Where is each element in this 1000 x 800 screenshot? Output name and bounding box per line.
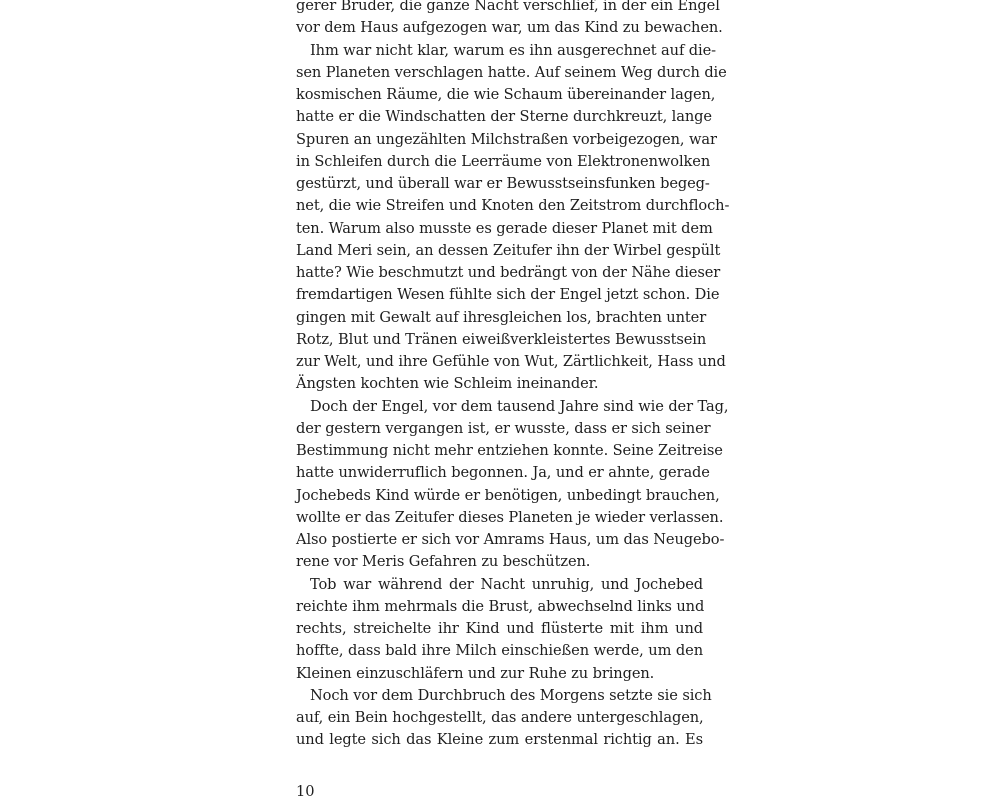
text-line: sen Planeten verschlagen hatte. Auf sein…: [296, 62, 703, 84]
book-page: gerer Bruder, die ganze Nacht verschlief…: [0, 0, 1000, 800]
text-line: der gestern vergangen ist, er wusste, da…: [296, 418, 703, 440]
text-line: kosmischen Räume, die wie Schaum überein…: [296, 84, 703, 106]
text-line: rechts, streichelte ihr Kind und flüster…: [296, 618, 703, 640]
text-line: hoffte, dass bald ihre Milch einschießen…: [296, 640, 703, 662]
text-line: gestürzt, und überall war er Bewusstsein…: [296, 173, 703, 195]
text-line: vor dem Haus aufgezogen war, um das Kind…: [296, 17, 703, 39]
text-line: Ihm war nicht klar, warum es ihn ausgere…: [296, 40, 703, 62]
text-line: fremdartigen Wesen fühlte sich der Engel…: [296, 284, 703, 306]
text-line: Spuren an ungezählten Milchstraßen vorbe…: [296, 129, 703, 151]
text-line: net, die wie Streifen und Knoten den Zei…: [296, 195, 703, 217]
text-line: zur Welt, und ihre Gefühle von Wut, Zärt…: [296, 351, 703, 373]
page-number: 10: [296, 783, 315, 800]
text-line: gerer Bruder, die ganze Nacht verschlief…: [296, 0, 703, 17]
text-line: ten. Warum also musste es gerade dieser …: [296, 218, 703, 240]
text-line: Doch der Engel, vor dem tausend Jahre si…: [296, 396, 703, 418]
text-line: Noch vor dem Durchbruch des Morgens setz…: [296, 685, 703, 707]
text-line: wollte er das Zeitufer dieses Planeten j…: [296, 507, 703, 529]
text-line: Tob war während der Nacht unruhig, und J…: [296, 574, 703, 596]
text-line: Land Meri sein, an dessen Zeitufer ihn d…: [296, 240, 703, 262]
text-line: hatte unwiderruflich begonnen. Ja, und e…: [296, 462, 703, 484]
text-line: Ängsten kochten wie Schleim ineinander.: [296, 373, 703, 395]
text-line: Kleinen einzuschläfern und zur Ruhe zu b…: [296, 663, 703, 685]
text-line: Jochebeds Kind würde er benötigen, unbed…: [296, 485, 703, 507]
text-line: gingen mit Gewalt auf ihresgleichen los,…: [296, 307, 703, 329]
text-line: Also postierte er sich vor Amrams Haus, …: [296, 529, 703, 551]
text-line: reichte ihm mehrmals die Brust, abwechse…: [296, 596, 703, 618]
text-line: rene vor Meris Gefahren zu beschützen.: [296, 551, 703, 573]
body-text: gerer Bruder, die ganze Nacht verschlief…: [296, 0, 703, 752]
text-line: hatte er die Windschatten der Sterne dur…: [296, 106, 703, 128]
text-line: hatte? Wie beschmutzt und bedrängt von d…: [296, 262, 703, 284]
text-line: auf, ein Bein hochgestellt, das andere u…: [296, 707, 703, 729]
text-line: und legte sich das Kleine zum erstenmal …: [296, 729, 703, 751]
text-line: Bestimmung nicht mehr entziehen konnte. …: [296, 440, 703, 462]
text-line: Rotz, Blut und Tränen eiweißverkleistert…: [296, 329, 703, 351]
text-line: in Schleifen durch die Leerräume von Ele…: [296, 151, 703, 173]
